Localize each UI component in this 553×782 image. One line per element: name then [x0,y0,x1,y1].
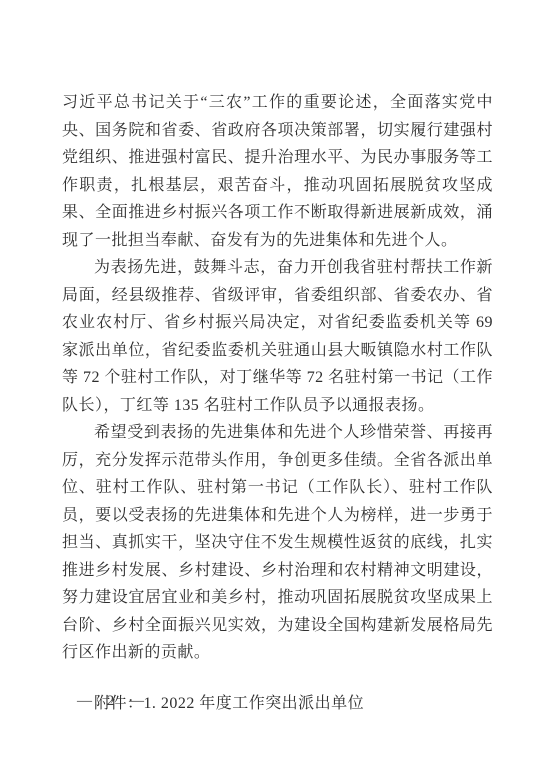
body-paragraph-3: 希望受到表扬的先进集体和先进个人珍惜荣誉、再接再厉，充分发挥示范带头作用，争创更… [62,419,493,667]
body-paragraph-1: 习近平总书记关于“三农”工作的重要论述，全面落实党中央、国务院和省委、省政府各项… [62,89,493,254]
page-number: — 2 — [77,692,145,710]
document-page: 习近平总书记关于“三农”工作的重要论述，全面落实党中央、国务院和省委、省政府各项… [0,0,553,782]
body-paragraph-2: 为表扬先进，鼓舞斗志，奋力开创我省驻村帮扶工作新局面，经县级推荐、省级评审，省委… [62,254,493,419]
document-body: 习近平总书记关于“三农”工作的重要论述，全面落实党中央、国务院和省委、省政府各项… [62,89,493,717]
